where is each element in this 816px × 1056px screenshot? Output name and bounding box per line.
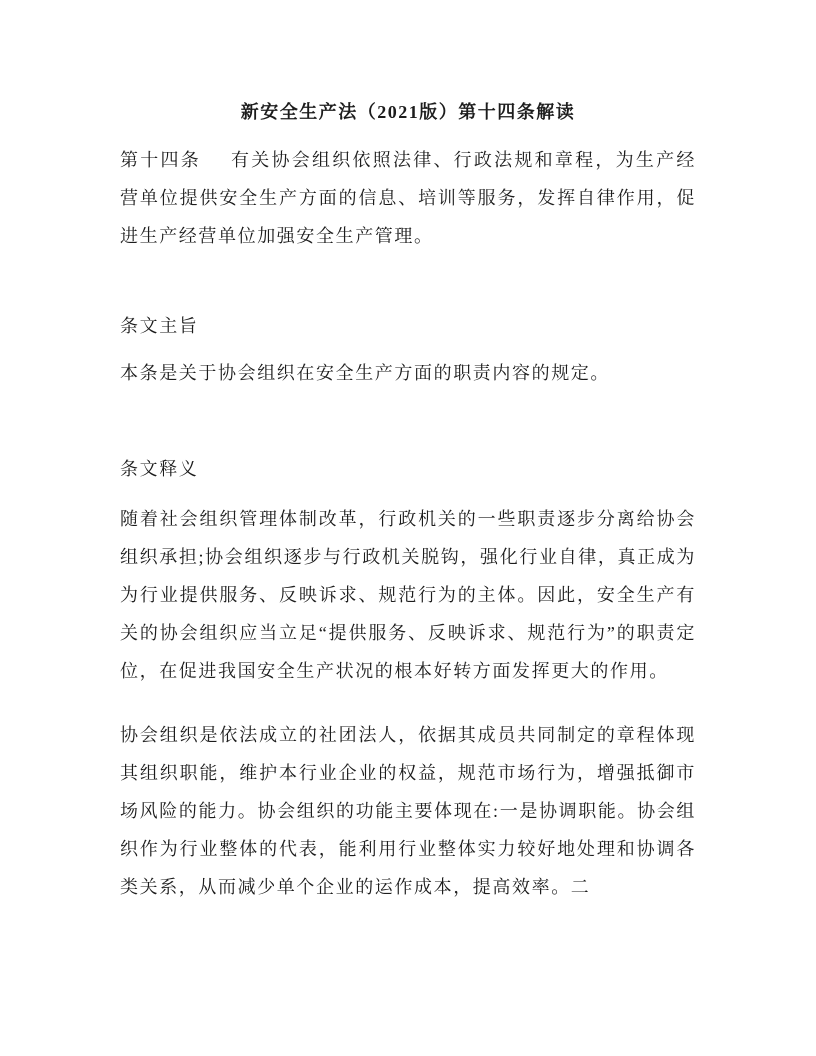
interpretation-paragraph-1: 随着社会组织管理体制改革，行政机关的一些职责逐步分离给协会组织承担;协会组织逐步… xyxy=(120,500,696,690)
document-page: 新安全生产法（2021版）第十四条解读 第十四条有关协会组织依照法律、行政法规和… xyxy=(0,0,816,1056)
article-paragraph: 第十四条有关协会组织依照法律、行政法规和章程，为生产经营单位提供安全生产方面的信… xyxy=(120,141,696,255)
document-title: 新安全生产法（2021版）第十四条解读 xyxy=(120,93,696,131)
section-heading-interpretation: 条文释义 xyxy=(120,450,696,488)
article-number-label: 第十四条 xyxy=(120,150,201,170)
main-idea-paragraph: 本条是关于协会组织在安全生产方面的职责内容的规定。 xyxy=(120,354,696,392)
interpretation-paragraph-2: 协会组织是依法成立的社团法人，依据其成员共同制定的章程体现其组织职能，维护本行业… xyxy=(120,716,696,906)
article-text: 有关协会组织依照法律、行政法规和章程，为生产经营单位提供安全生产方面的信息、培训… xyxy=(120,150,696,246)
section-heading-main-idea: 条文主旨 xyxy=(120,307,696,345)
